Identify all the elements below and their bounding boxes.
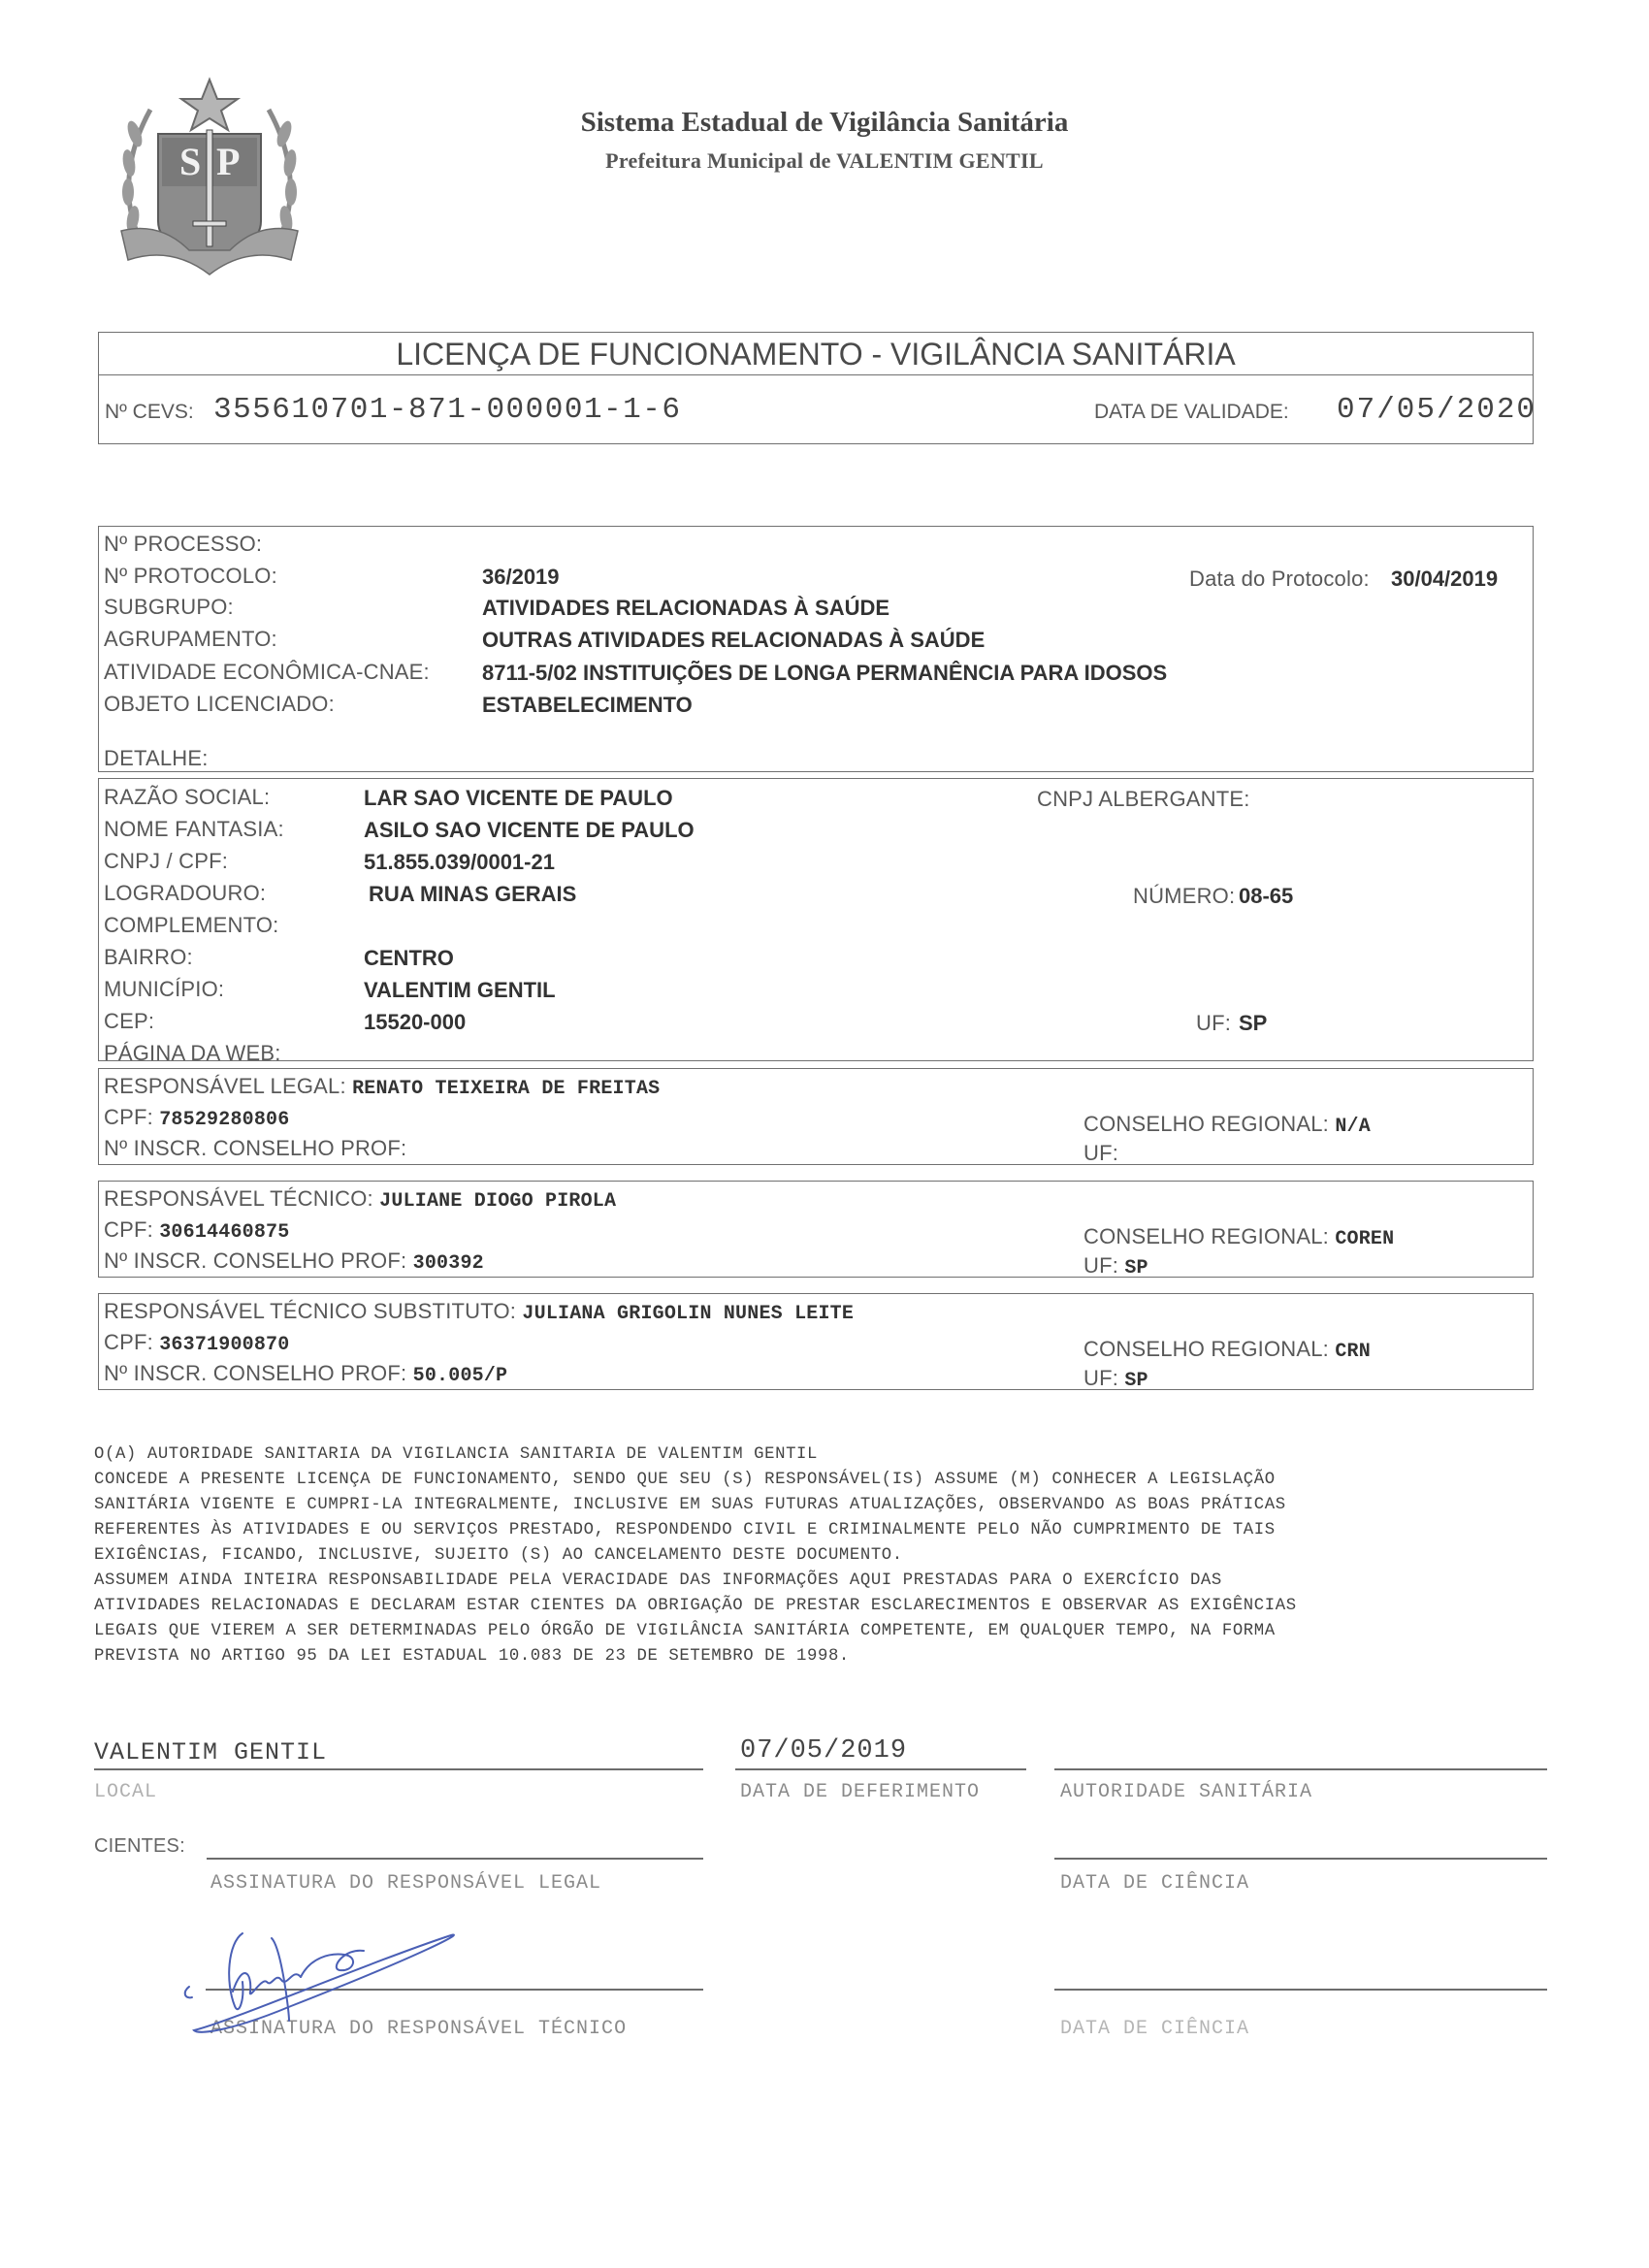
numero-label: NÚMERO: — [1133, 884, 1235, 909]
objeto-value: ESTABELECIMENTO — [482, 693, 693, 718]
autoridade-label: AUTORIDADE SANITÁRIA — [1060, 1781, 1312, 1803]
protocolo-value: 36/2019 — [482, 565, 560, 590]
responsible-tecnico-uf-label: UF: — [1083, 1253, 1118, 1278]
legal-text-line: PREVISTA NO ARTIGO 95 DA LEI ESTADUAL 10… — [94, 1644, 1549, 1669]
uf-value: SP — [1239, 1011, 1267, 1036]
cep-label: CEP: — [104, 1009, 154, 1034]
responsible-substituto-conselho-row: CONSELHO REGIONAL: CRN — [1083, 1337, 1371, 1363]
web-label: PÁGINA DA WEB: — [104, 1041, 281, 1066]
responsible-legal-cpf: 78529280806 — [159, 1109, 289, 1131]
responsible-legal-uf-row: UF: — [1083, 1141, 1118, 1167]
cnpj-label: CNPJ / CPF: — [104, 849, 228, 874]
municipio-label: MUNICÍPIO: — [104, 977, 224, 1002]
uf-label: UF: — [1196, 1011, 1231, 1036]
responsible-tecnico-cpf: 30614460875 — [159, 1221, 289, 1244]
responsible-substituto-inscr-label: Nº INSCR. CONSELHO PROF: — [104, 1361, 406, 1385]
cnae-label: ATIVIDADE ECONÔMICA-CNAE: — [104, 660, 430, 685]
ciencia-line-2[interactable] — [1054, 1989, 1547, 1991]
responsible-legal-row: RESPONSÁVEL LEGAL: RENATO TEIXEIRA DE FR… — [104, 1074, 660, 1100]
legal-text-line: O(A) AUTORIDADE SANITARIA DA VIGILANCIA … — [94, 1442, 1549, 1468]
responsible-tecnico-cpf-label: CPF: — [104, 1217, 153, 1242]
responsible-tecnico-cpf-row: CPF: 30614460875 — [104, 1217, 289, 1244]
legal-text-line: CONCEDE A PRESENTE LICENÇA DE FUNCIONAME… — [94, 1468, 1549, 1493]
legal-text-line: LEGAIS QUE VIEREM A SER DETERMINADAS PEL… — [94, 1619, 1549, 1644]
complemento-label: COMPLEMENTO: — [104, 913, 278, 938]
responsible-legal-inscr-label: Nº INSCR. CONSELHO PROF: — [104, 1136, 406, 1160]
cevs-label: Nº CEVS: — [105, 401, 194, 424]
agrupamento-value: OUTRAS ATIVIDADES RELACIONADAS À SAÚDE — [482, 628, 985, 653]
responsible-substituto-conselho: CRN — [1335, 1341, 1371, 1363]
local-label: LOCAL — [94, 1781, 157, 1803]
responsible-tecnico-uf-row: UF: SP — [1083, 1253, 1148, 1280]
agrupamento-label: AGRUPAMENTO: — [104, 627, 277, 652]
legal-text-line: EXIGÊNCIAS, FICANDO, INCLUSIVE, SUJEITO … — [94, 1543, 1549, 1569]
responsible-substituto-conselho-label: CONSELHO REGIONAL: — [1083, 1337, 1329, 1361]
responsible-tecnico-conselho-label: CONSELHO REGIONAL: — [1083, 1224, 1329, 1248]
responsible-tecnico-inscr: 300392 — [413, 1252, 484, 1275]
processo-label: Nº PROCESSO: — [104, 532, 262, 557]
data-protocolo-label: Data do Protocolo: — [1189, 567, 1370, 592]
detalhe-label: DETALHE: — [104, 746, 209, 771]
responsible-substituto-uf-row: UF: SP — [1083, 1366, 1148, 1392]
razao-value: LAR SAO VICENTE DE PAULO — [364, 786, 673, 811]
cientes-label: CIENTES: — [94, 1835, 185, 1858]
license-heading: LICENÇA DE FUNCIONAMENTO - VIGILÂNCIA SA… — [98, 337, 1534, 373]
legal-declaration-text: O(A) AUTORIDADE SANITARIA DA VIGILANCIA … — [94, 1442, 1549, 1669]
responsible-legal-uf-label: UF: — [1083, 1141, 1118, 1165]
logradouro-value: RUA MINAS GERAIS — [369, 882, 576, 907]
legal-text-line: ATIVIDADES RELACIONADAS E DECLARAM ESTAR… — [94, 1594, 1549, 1619]
coat-of-arms-logo: S P — [102, 76, 317, 279]
cnae-value: 8711-5/02 INSTITUIÇÕES DE LONGA PERMANÊN… — [482, 661, 1167, 686]
data-protocolo-value: 30/04/2019 — [1391, 567, 1498, 592]
ciencia-label-2: DATA DE CIÊNCIA — [1060, 2018, 1249, 2040]
system-title: Sistema Estadual de Vigilância Sanitária — [524, 107, 1125, 139]
autoridade-signature-line[interactable] — [1054, 1768, 1547, 1770]
responsible-tecnico-name: JULIANE DIOGO PIROLA — [379, 1190, 616, 1213]
subgrupo-value: ATIVIDADES RELACIONADAS À SAÚDE — [482, 596, 889, 621]
bairro-value: CENTRO — [364, 946, 454, 971]
razao-label: RAZÃO SOCIAL: — [104, 785, 270, 810]
responsible-substituto-cpf-label: CPF: — [104, 1330, 153, 1354]
responsible-tecnico-uf: SP — [1124, 1257, 1148, 1280]
subgrupo-label: SUBGRUPO: — [104, 595, 234, 620]
responsible-legal-conselho-row: CONSELHO REGIONAL: N/A — [1083, 1112, 1371, 1138]
responsible-tecnico-conselho-row: CONSELHO REGIONAL: COREN — [1083, 1224, 1394, 1250]
fantasia-value: ASILO SAO VICENTE DE PAULO — [364, 818, 695, 843]
ciencia-line-1[interactable] — [1054, 1858, 1547, 1860]
responsible-legal-inscr-row: Nº INSCR. CONSELHO PROF: — [104, 1136, 406, 1162]
objeto-label: OBJETO LICENCIADO: — [104, 692, 335, 717]
responsible-legal-cpf-row: CPF: 78529280806 — [104, 1105, 289, 1131]
municipality-subtitle: Prefeitura Municipal de VALENTIM GENTIL — [524, 148, 1125, 174]
responsible-tecnico-role-label: RESPONSÁVEL TÉCNICO: — [104, 1186, 373, 1211]
deferimento-line — [735, 1768, 1026, 1770]
numero-value: 08-65 — [1239, 884, 1293, 909]
deferimento-label: DATA DE DEFERIMENTO — [740, 1781, 980, 1803]
legal-text-line: ASSUMEM AINDA INTEIRA RESPONSABILIDADE P… — [94, 1569, 1549, 1594]
fantasia-label: NOME FANTASIA: — [104, 817, 284, 842]
responsible-tecnico-row: RESPONSÁVEL TÉCNICO: JULIANE DIOGO PIROL… — [104, 1186, 616, 1213]
municipio-value: VALENTIM GENTIL — [364, 978, 556, 1003]
validity-label: DATA DE VALIDADE: — [1094, 401, 1289, 424]
responsible-tecnico-conselho: COREN — [1335, 1228, 1394, 1250]
responsible-substituto-cpf: 36371900870 — [159, 1334, 289, 1356]
cep-value: 15520-000 — [364, 1010, 466, 1035]
legal-text-line: SANITÁRIA VIGENTE E CUMPRI-LA INTEGRALME… — [94, 1493, 1549, 1518]
responsible-legal-conselho: N/A — [1335, 1116, 1371, 1138]
local-line — [94, 1768, 703, 1770]
responsible-substituto-inscr: 50.005/P — [413, 1365, 508, 1387]
responsible-substituto-uf-label: UF: — [1083, 1366, 1118, 1390]
deferimento-date: 07/05/2019 — [740, 1736, 907, 1766]
responsible-legal-conselho-label: CONSELHO REGIONAL: — [1083, 1112, 1329, 1136]
responsible-substituto-uf: SP — [1124, 1370, 1148, 1392]
svg-text:S: S — [179, 140, 201, 183]
responsible-legal-role-label: RESPONSÁVEL LEGAL: — [104, 1074, 346, 1098]
cnpj-value: 51.855.039/0001-21 — [364, 850, 555, 875]
resp-legal-signature-line[interactable] — [207, 1858, 703, 1860]
bairro-label: BAIRRO: — [104, 945, 193, 970]
validity-date: 07/05/2020 — [1337, 393, 1536, 427]
legal-text-line: REFERENTES ÀS ATIVIDADES E OU SERVIÇOS P… — [94, 1518, 1549, 1543]
responsible-substituto-cpf-row: CPF: 36371900870 — [104, 1330, 289, 1356]
responsible-substituto-name: JULIANA GRIGOLIN NUNES LEITE — [522, 1303, 854, 1325]
protocolo-label: Nº PROTOCOLO: — [104, 564, 277, 589]
responsible-tecnico-inscr-label: Nº INSCR. CONSELHO PROF: — [104, 1248, 406, 1273]
responsible-substituto-inscr-row: Nº INSCR. CONSELHO PROF: 50.005/P — [104, 1361, 507, 1387]
ciencia-label-1: DATA DE CIÊNCIA — [1060, 1872, 1249, 1895]
resp-legal-label: ASSINATURA DO RESPONSÁVEL LEGAL — [210, 1872, 601, 1895]
company-info-box — [98, 778, 1534, 1061]
svg-text:P: P — [216, 140, 240, 183]
responsible-legal-cpf-label: CPF: — [104, 1105, 153, 1129]
responsible-substituto-role-label: RESPONSÁVEL TÉCNICO SUBSTITUTO: — [104, 1299, 516, 1323]
local-value: VALENTIM GENTIL — [94, 1738, 327, 1766]
handwritten-signature — [175, 1924, 524, 2040]
cevs-number: 355610701-871-000001-1-6 — [213, 393, 681, 427]
responsible-substituto-row: RESPONSÁVEL TÉCNICO SUBSTITUTO: JULIANA … — [104, 1299, 854, 1325]
logradouro-label: LOGRADOURO: — [104, 881, 266, 906]
responsible-legal-name: RENATO TEIXEIRA DE FREITAS — [352, 1078, 660, 1100]
responsible-tecnico-inscr-row: Nº INSCR. CONSELHO PROF: 300392 — [104, 1248, 484, 1275]
albergante-label: CNPJ ALBERGANTE: — [1037, 787, 1250, 812]
